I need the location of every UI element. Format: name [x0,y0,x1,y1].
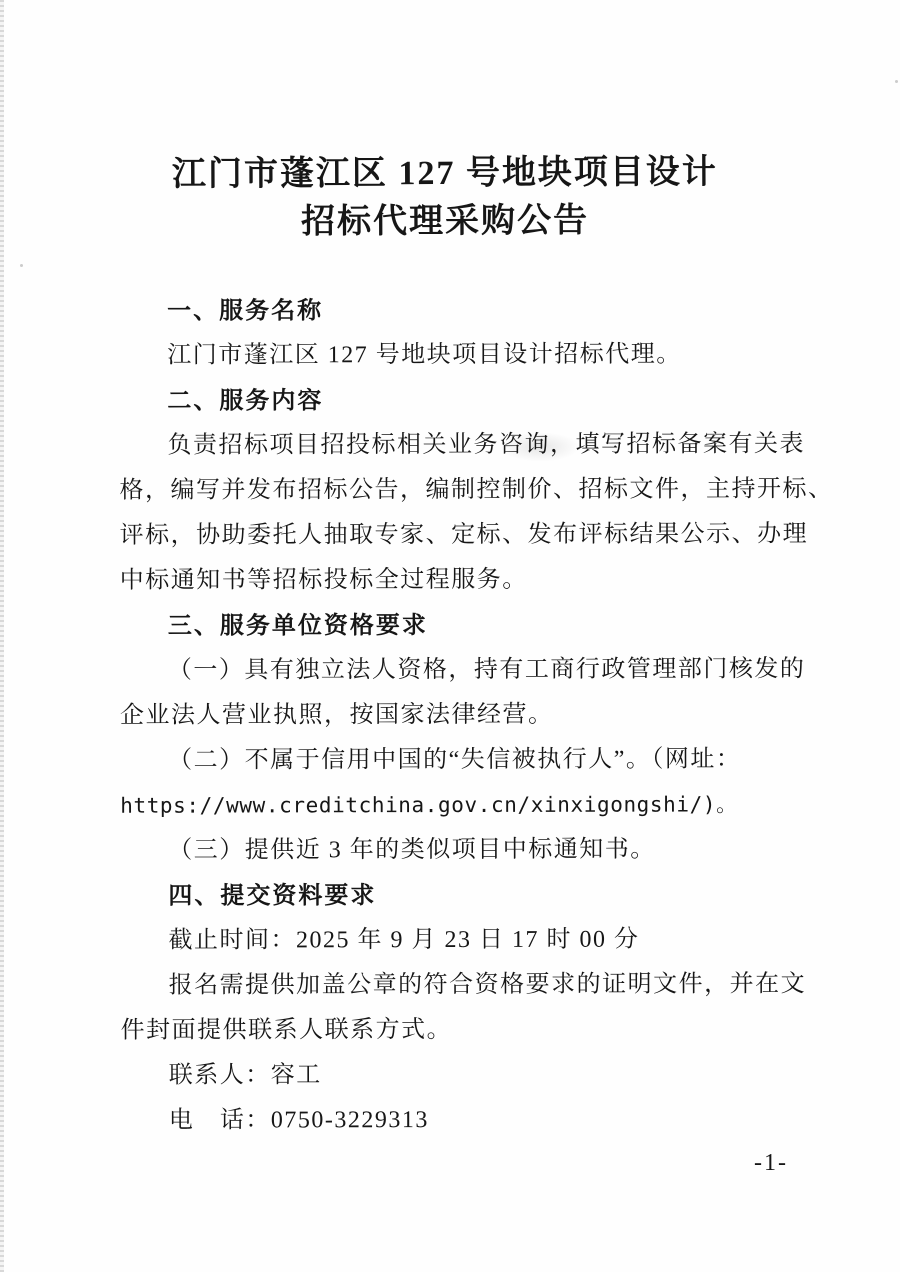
section-heading-service-content: 二、服务内容 [119,377,797,423]
contact-phone: 电 话：0750-3229313 [121,1097,799,1143]
document-title-line-1: 江门市蓬江区 127 号地块项目设计 [0,148,890,200]
service-content-line-3: 评标，协助委托人抽取专家、定标、发布评标结果公示、办理 [120,512,798,558]
scan-speck [895,80,898,83]
document-body: 一、服务名称 江门市蓬江区 127 号地块项目设计招标代理。 二、服务内容 负责… [119,287,799,1143]
qualification-item-1-line-1: （一）具有独立法人资格，持有工商行政管理部门核发的 [120,647,798,693]
qualification-item-3: （三）提供近 3 年的类似项目中标通知书。 [120,827,798,873]
document-title: 江门市蓬江区 127 号地块项目设计 招标代理采购公告 [0,148,890,248]
service-content-line-4: 中标通知书等招标投标全过程服务。 [120,557,798,603]
deadline-text: 截止时间：2025 年 9 月 23 日 17 时 00 分 [120,917,798,963]
service-name-text: 江门市蓬江区 127 号地块项目设计招标代理。 [119,332,797,378]
service-content-line-2: 格，编写并发布招标公告，编制控制价、招标文件，主持开标、 [119,467,797,513]
section-heading-submission: 四、提交资料要求 [120,872,798,918]
scan-speck [20,264,23,267]
submission-note-line-2: 件封面提供联系人联系方式。 [121,1007,799,1053]
page-number: -1- [754,1148,788,1178]
submission-note-line-1: 报名需提供加盖公章的符合资格要求的证明文件，并在文 [121,962,799,1008]
service-content-line-1: 负责招标项目招投标相关业务咨询，填写招标备案有关表 [119,422,797,468]
section-heading-service-name: 一、服务名称 [119,287,797,333]
contact-person: 联系人：容工 [121,1052,799,1098]
credit-china-url: https://www.creditchina.gov.cn/xinxigong… [120,782,798,828]
section-heading-qualification: 三、服务单位资格要求 [120,602,798,648]
qualification-item-2-line-1: （二）不属于信用中国的“失信被执行人”。（网址： [120,737,798,783]
scanned-document-page: 江门市蓬江区 127 号地块项目设计 招标代理采购公告 一、服务名称 江门市蓬江… [0,0,900,1272]
document-title-line-2: 招标代理采购公告 [0,196,890,248]
qualification-item-1-line-2: 企业法人营业执照，按国家法律经营。 [120,692,798,738]
